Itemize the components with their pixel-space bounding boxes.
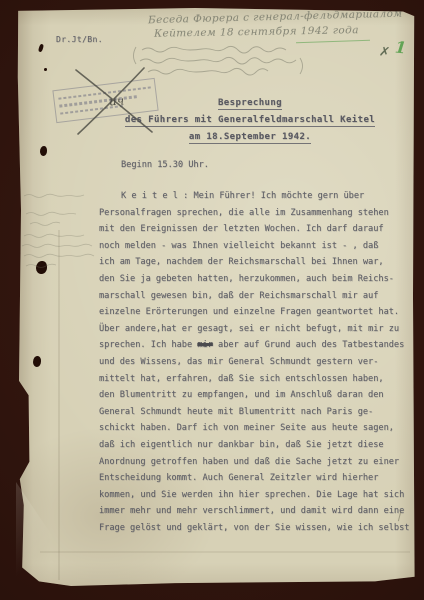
body-line: daß ich eigentlich nur dankbar bin, daß … bbox=[99, 437, 411, 454]
body-line: und des Wissens, das mir General Schmund… bbox=[99, 354, 411, 371]
pencil-cross-mark: ✗ bbox=[378, 44, 391, 60]
scanned-document-page: { "meta": { "reference": "Dr.Jt/Bn." }, … bbox=[0, 0, 424, 600]
body-line: mit den Ereignissen der letzten Wochen. … bbox=[99, 221, 411, 238]
body-line: Über andere,hat er gesagt, sei er nicht … bbox=[99, 321, 411, 338]
speaker-name: K e i t e l : bbox=[121, 191, 188, 201]
reference-code: Dr.Jt/Bn. bbox=[56, 35, 103, 44]
body-line: General Schmundt heute mit Blumentritt n… bbox=[99, 404, 411, 421]
body-line: einzelne Erörterungen und einzelne Frage… bbox=[99, 304, 411, 321]
body-line: mittelt hat, erfahren, daß Sie sich ents… bbox=[99, 371, 411, 388]
body-line: schickt haben. Darf ich von meiner Seite… bbox=[99, 420, 411, 437]
illegible-pencil-note bbox=[128, 42, 378, 84]
body-line: kommen, und Sie werden ihn hier sprechen… bbox=[99, 487, 411, 504]
punch-hole bbox=[33, 356, 41, 367]
begin-time: Beginn 15.30 Uhr. bbox=[121, 160, 209, 170]
title-line-3: am 18.September 1942. bbox=[100, 132, 400, 142]
title-line-2: des Führers mit Generalfeldmarschall Kei… bbox=[100, 115, 400, 125]
document-title: Besprechung des Führers mit Generalfeldm… bbox=[100, 98, 400, 149]
strike-post: aber auf Grund auch des Tatbestandes bbox=[213, 340, 404, 350]
body-line-with-strikeout: sprechen. Ich habe mir aber auf Grund au… bbox=[99, 337, 411, 354]
body-line: Personalfragen sprechen, die alle im Zus… bbox=[99, 205, 411, 222]
body-line-text: Mein Führer! Ich möchte gern über bbox=[193, 191, 364, 201]
body-line: Anordnung getroffen haben und daß die Sa… bbox=[99, 454, 411, 471]
transcript-body: K e i t e l : Mein Führer! Ich möchte ge… bbox=[99, 188, 411, 536]
page-number-pencil: 1 bbox=[394, 37, 407, 57]
body-line: den Blumentritt zu empfangen, und im Ans… bbox=[99, 387, 411, 404]
body-line: marschall gewesen bin, daß der Reichsmar… bbox=[99, 288, 411, 305]
body-line: ich am Tage, nachdem der Reichsmarschall… bbox=[99, 254, 411, 271]
title-line-1: Besprechung bbox=[100, 98, 400, 108]
body-line: den Sie ja gebeten hatten, herzukommen, … bbox=[99, 271, 411, 288]
punch-hole bbox=[44, 68, 47, 71]
body-line: immer mehr und mehr verschlimmert, und d… bbox=[99, 503, 411, 520]
body-line-speaker: K e i t e l : Mein Führer! Ich möchte ge… bbox=[99, 188, 411, 205]
paper-crease bbox=[40, 551, 410, 553]
body-line: Frage gelöst und geklärt, von der Sie wi… bbox=[99, 520, 411, 537]
strike-pre: sprechen. Ich habe bbox=[99, 340, 197, 350]
marginalia-pencil-notes bbox=[20, 188, 104, 290]
struck-word: mir bbox=[197, 340, 213, 350]
body-line: Entscheidung kommt. Auch General Zeitzle… bbox=[99, 470, 411, 487]
body-line: noch melden - was Ihnen vielleicht bekan… bbox=[99, 238, 411, 255]
punch-hole bbox=[40, 146, 47, 156]
